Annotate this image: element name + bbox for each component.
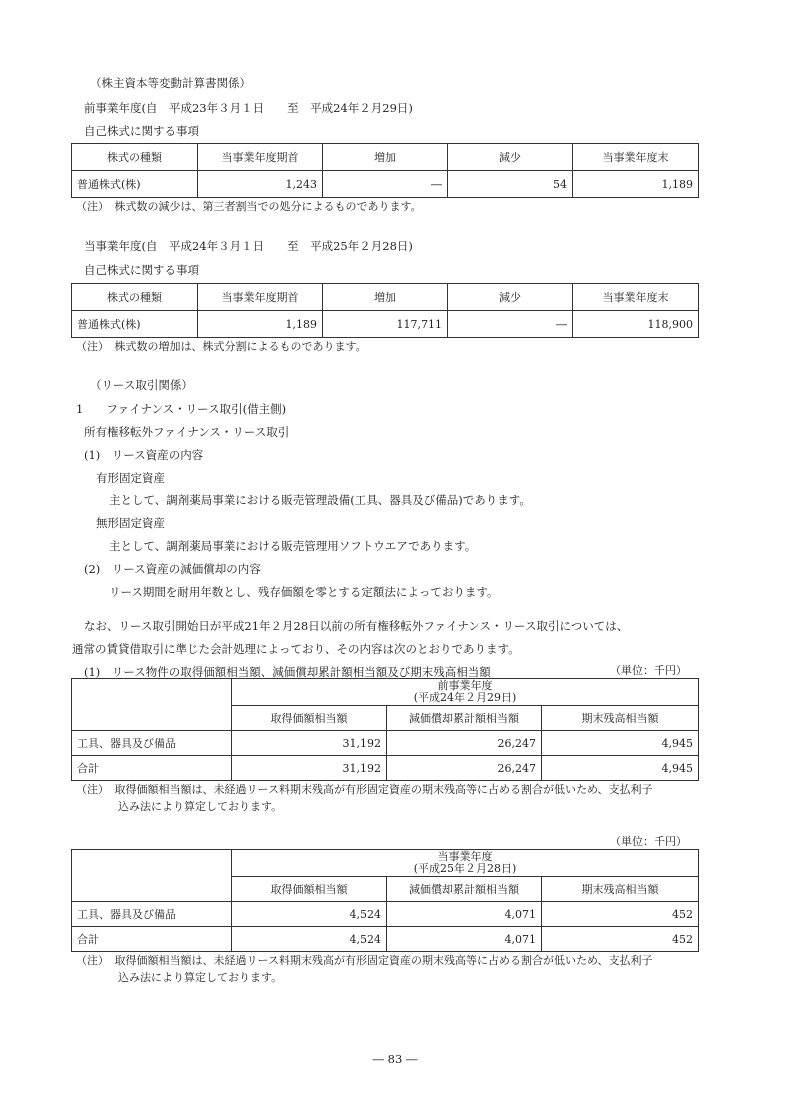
prev-period-subtitle: 自己株式に関する事項 bbox=[84, 124, 199, 138]
note-curr-lease-line1: （注） 取得価額相当額は、未経過リース料期末残高が有形固定資産の期末残高等に占め… bbox=[76, 953, 653, 968]
cell-value: 54 bbox=[448, 171, 573, 198]
treasury-stock-table-prev: 株式の種類 当事業年度期首 増加 減少 当事業年度末 普通株式(株) 1,243… bbox=[71, 143, 699, 198]
note-curr-equity: （注） 株式数の増加は、株式分割によるものであります。 bbox=[76, 339, 367, 354]
cell-value: 31,192 bbox=[232, 731, 387, 756]
col-header: 増加 bbox=[323, 284, 448, 311]
table-row-total: 合計 31,192 26,247 4,945 bbox=[72, 756, 699, 781]
table-header-row: 前事業年度 (平成24年２月29日) bbox=[72, 679, 699, 706]
curr-period-subtitle: 自己株式に関する事項 bbox=[84, 263, 199, 277]
row-label: 工具、器具及び備品 bbox=[72, 902, 232, 927]
lease-s3-title: (1) リース物件の取得価額相当額、減価償却累計額相当額及び期末残高相当額 bbox=[84, 665, 491, 679]
col-header: 増加 bbox=[323, 144, 448, 171]
col-header: 減価償却累計額相当額 bbox=[387, 877, 542, 902]
note-prev-lease-line2: 込み法により算定しております。 bbox=[118, 799, 282, 814]
empty-corner-cell bbox=[72, 850, 232, 902]
curr-period-title: 当事業年度(自 平成24年３月１日 至 平成25年２月28日) bbox=[84, 239, 413, 253]
cell-value: 31,192 bbox=[232, 756, 387, 781]
col-header: 当事業年度末 bbox=[573, 144, 699, 171]
period-date: (平成24年２月29日) bbox=[237, 692, 693, 704]
cell-value: 118,900 bbox=[573, 311, 699, 338]
col-header: 期末残高相当額 bbox=[542, 706, 699, 731]
cell-value: 4,524 bbox=[232, 902, 387, 927]
col-header: 取得価額相当額 bbox=[232, 706, 387, 731]
period-header: 前事業年度 (平成24年２月29日) bbox=[232, 679, 699, 706]
col-header: 株式の種類 bbox=[72, 284, 198, 311]
cell-value: ― bbox=[448, 311, 573, 338]
treasury-stock-table-curr: 株式の種類 当事業年度期首 増加 減少 当事業年度末 普通株式(株) 1,189… bbox=[71, 283, 699, 338]
lease-s2-title: (2) リース資産の減価償却の内容 bbox=[84, 562, 261, 576]
table-header-row: 株式の種類 当事業年度期首 増加 減少 当事業年度末 bbox=[72, 144, 699, 171]
cell-value: 452 bbox=[542, 927, 699, 952]
table-row: 普通株式(株) 1,243 ― 54 1,189 bbox=[72, 171, 699, 198]
table-row-total: 合計 4,524 4,071 452 bbox=[72, 927, 699, 952]
period-header: 当事業年度 (平成25年２月28日) bbox=[232, 850, 699, 877]
tangible-label: 有形固定資産 bbox=[96, 471, 165, 485]
col-header: 減少 bbox=[448, 144, 573, 171]
tangible-text: 主として、調剤薬局事業における販売管理設備(工具、器具及び備品)であります。 bbox=[109, 493, 531, 507]
cell-value: 4,945 bbox=[542, 731, 699, 756]
intangible-text: 主として、調剤薬局事業における販売管理用ソフトウエアであります。 bbox=[109, 539, 476, 553]
cell-value: 1,189 bbox=[573, 171, 699, 198]
table-header-row: 当事業年度 (平成25年２月28日) bbox=[72, 850, 699, 877]
table-row: 工具、器具及び備品 4,524 4,071 452 bbox=[72, 902, 699, 927]
unit-label-prev: （単位：千円） bbox=[610, 664, 687, 678]
cell-value: 4,945 bbox=[542, 756, 699, 781]
cell-label: 普通株式(株) bbox=[72, 171, 198, 198]
lease-paragraph-line1: なお、リース取引開始日が平成21年２月28日以前の所有権移転外ファイナンス・リー… bbox=[84, 619, 628, 633]
cell-label: 普通株式(株) bbox=[72, 311, 198, 338]
col-header: 当事業年度期首 bbox=[198, 284, 323, 311]
table-row: 普通株式(株) 1,189 117,711 ― 118,900 bbox=[72, 311, 699, 338]
col-header: 当事業年度期首 bbox=[198, 144, 323, 171]
table-header-row: 株式の種類 当事業年度期首 増加 減少 当事業年度末 bbox=[72, 284, 699, 311]
note-prev-equity: （注） 株式数の減少は、第三者割当での処分によるものであります。 bbox=[76, 199, 422, 214]
cell-value: 117,711 bbox=[323, 311, 448, 338]
cell-value: 26,247 bbox=[387, 731, 542, 756]
lease-s1-title: (1) リース資産の内容 bbox=[84, 448, 203, 462]
cell-value: 4,524 bbox=[232, 927, 387, 952]
row-label: 合計 bbox=[72, 927, 232, 952]
col-header: 株式の種類 bbox=[72, 144, 198, 171]
row-label: 合計 bbox=[72, 756, 232, 781]
cell-value: 26,247 bbox=[387, 756, 542, 781]
period-date: (平成25年２月28日) bbox=[237, 863, 693, 875]
section-heading-equity: （株主資本等変動計算書関係） bbox=[90, 76, 251, 90]
row-label: 工具、器具及び備品 bbox=[72, 731, 232, 756]
cell-value: 4,071 bbox=[387, 927, 542, 952]
note-prev-lease-line1: （注） 取得価額相当額は、未経過リース料期末残高が有形固定資産の期末残高等に占め… bbox=[76, 782, 653, 797]
cell-value: ― bbox=[323, 171, 448, 198]
lease-s2-text: リース期間を耐用年数とし、残存価額を零とする定額法によっております。 bbox=[109, 585, 499, 599]
unit-label-curr: （単位：千円） bbox=[610, 835, 687, 849]
col-header: 減価償却累計額相当額 bbox=[387, 706, 542, 731]
cell-value: 4,071 bbox=[387, 902, 542, 927]
table-row: 工具、器具及び備品 31,192 26,247 4,945 bbox=[72, 731, 699, 756]
cell-value: 452 bbox=[542, 902, 699, 927]
lease-subheading: 所有権移転外ファイナンス・リース取引 bbox=[84, 425, 289, 439]
page-number: ― 83 ― bbox=[0, 1052, 790, 1066]
note-curr-lease-line2: 込み法により算定しております。 bbox=[118, 970, 282, 985]
col-header: 当事業年度末 bbox=[573, 284, 699, 311]
lease-table-prev: 前事業年度 (平成24年２月29日) 取得価額相当額 減価償却累計額相当額 期末… bbox=[71, 678, 699, 781]
col-header: 期末残高相当額 bbox=[542, 877, 699, 902]
lease-paragraph-line2: 通常の賃貸借取引に準じた会計処理によっており、その内容は次のとおりであります。 bbox=[72, 642, 520, 656]
intangible-label: 無形固定資産 bbox=[96, 516, 165, 530]
empty-corner-cell bbox=[72, 679, 232, 731]
cell-value: 1,189 bbox=[198, 311, 323, 338]
lease-item-1: 1 ファイナンス・リース取引(借主側) bbox=[76, 402, 286, 416]
col-header: 減少 bbox=[448, 284, 573, 311]
cell-value: 1,243 bbox=[198, 171, 323, 198]
col-header: 取得価額相当額 bbox=[232, 877, 387, 902]
prev-period-title: 前事業年度(自 平成23年３月１日 至 平成24年２月29日) bbox=[84, 101, 413, 115]
section-heading-lease: （リース取引関係） bbox=[90, 378, 193, 392]
lease-table-curr: 当事業年度 (平成25年２月28日) 取得価額相当額 減価償却累計額相当額 期末… bbox=[71, 849, 699, 952]
